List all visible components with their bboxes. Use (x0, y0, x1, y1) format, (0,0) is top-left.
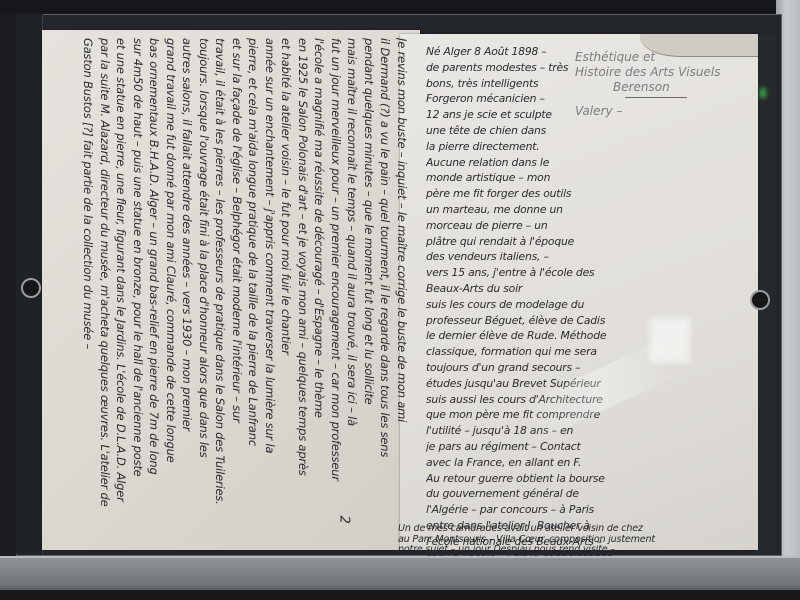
handwritten-line: Un de mes camarades avait un atelier voi… (398, 524, 738, 535)
handwritten-line: sur 4m50 de haut – puis une statue en br… (130, 38, 147, 508)
handwritten-line: une tête de chien dans (426, 123, 658, 139)
handwritten-line: et une statue en pierre, une fleur, figu… (113, 38, 130, 508)
handwritten-line: fut un jour merveilleux pour – un premie… (328, 38, 345, 508)
right-page-lines: Né Alger 8 Août 1898 – de parents modest… (426, 44, 658, 581)
handwritten-line: Au retour guerre obtient la bourse (426, 471, 658, 487)
handwritten-line: autres salons, il fallait attendre des a… (179, 38, 196, 508)
handwritten-line: notre sujet – un jour Despiau nous rend … (398, 545, 738, 556)
handwritten-line: par la suite M. Alazard, directeur du mu… (97, 38, 114, 508)
handwritten-line: bas ornementaux B.H.A.D. Alger – un gran… (146, 38, 163, 508)
handwritten-line: des vendeurs italiens, – (426, 249, 658, 265)
frame-clip-left (21, 278, 41, 298)
handwritten-line: un marteau, me donne un (426, 202, 658, 218)
handwritten-line: l'Algérie – par concours – à Paris (426, 502, 658, 518)
handwritten-line: Beaux-Arts du soir (426, 281, 658, 297)
handwritten-line: avec la France, en allant en F. (426, 455, 658, 471)
bottom-note: Un de mes camarades avait un atelier voi… (398, 524, 738, 556)
pencil-note: Esthétique et Histoire des Arts Visuels … (575, 50, 735, 119)
green-light-reflection (760, 88, 766, 98)
handwritten-line: mais maître il reconnaît le temps – quan… (344, 38, 361, 508)
pencil-line: Berenson (575, 80, 735, 95)
handwritten-line: Je revins mon buste – inquiet – le maîtr… (394, 38, 411, 508)
handwritten-line: suis les cours de modelage du (426, 297, 658, 313)
handwritten-line: du gouvernement général de (426, 486, 658, 502)
handwritten-line: grand travail me fut donné par mon ami C… (163, 38, 180, 508)
handwritten-line: l'école a magnifié ma réussite de décour… (311, 38, 328, 508)
handwritten-line: année sur un enchantement – j'appris com… (262, 38, 279, 508)
pencil-line: Histoire des Arts Visuels (575, 65, 735, 80)
handwritten-line: je pars au régiment – Contact (426, 439, 658, 455)
handwritten-line: Gaston Bustos [?] fait partie de la coll… (80, 38, 97, 508)
handwritten-line: en 1925 le Salon Polonais d'art – et je … (295, 38, 312, 508)
handwritten-line: travail, il était à les pierres – les pr… (212, 38, 229, 508)
handwritten-line: plâtre qui rendait à l'époque (426, 234, 658, 250)
pencil-underline (625, 97, 687, 98)
handwritten-line: au Parc Montsouris – Villa Cœur, composi… (398, 535, 738, 546)
handwritten-line: pendant quelques minutes – que le moment… (361, 38, 378, 508)
page-number: 2 (337, 515, 352, 523)
left-page-text-area: Je revins mon buste – inquiet – le maîtr… (50, 38, 410, 508)
handwritten-line: Aucune relation dans le (426, 155, 658, 171)
handwritten-line: professeur Béguet, élève de Cadis (426, 313, 658, 329)
pencil-line: Esthétique et (575, 50, 735, 65)
handwritten-line: il Dermand (?) a vu le pain – quel tourm… (377, 38, 394, 508)
handwritten-line: vers 15 ans, j'entre à l'école des (426, 265, 658, 281)
handwritten-line: et sur la façade de l'église – Belphégor… (229, 38, 246, 508)
pencil-line: Valery – (575, 104, 735, 119)
handwritten-line: la pierre directement. (426, 139, 658, 155)
handwritten-line: pierre, et cela m'aida longue pratique d… (245, 38, 262, 508)
frame-clip-right (750, 290, 770, 310)
handwritten-line: et habité la atelier voisin – le fut pou… (278, 38, 295, 508)
handwritten-line: le dernier élève de Rude. Méthode (426, 328, 658, 344)
left-page-lines: Je revins mon buste – inquiet – le maîtr… (50, 38, 410, 508)
handwritten-line: morceau de pierre – un (426, 218, 658, 234)
handwritten-line: père me fit forger des outils (426, 186, 658, 202)
handwritten-line: monde artistique – mon (426, 170, 658, 186)
handwritten-line: toujours. lorsque l'ouvrage était fini à… (196, 38, 213, 508)
shelf-edge (0, 590, 800, 600)
dark-background (0, 0, 800, 14)
